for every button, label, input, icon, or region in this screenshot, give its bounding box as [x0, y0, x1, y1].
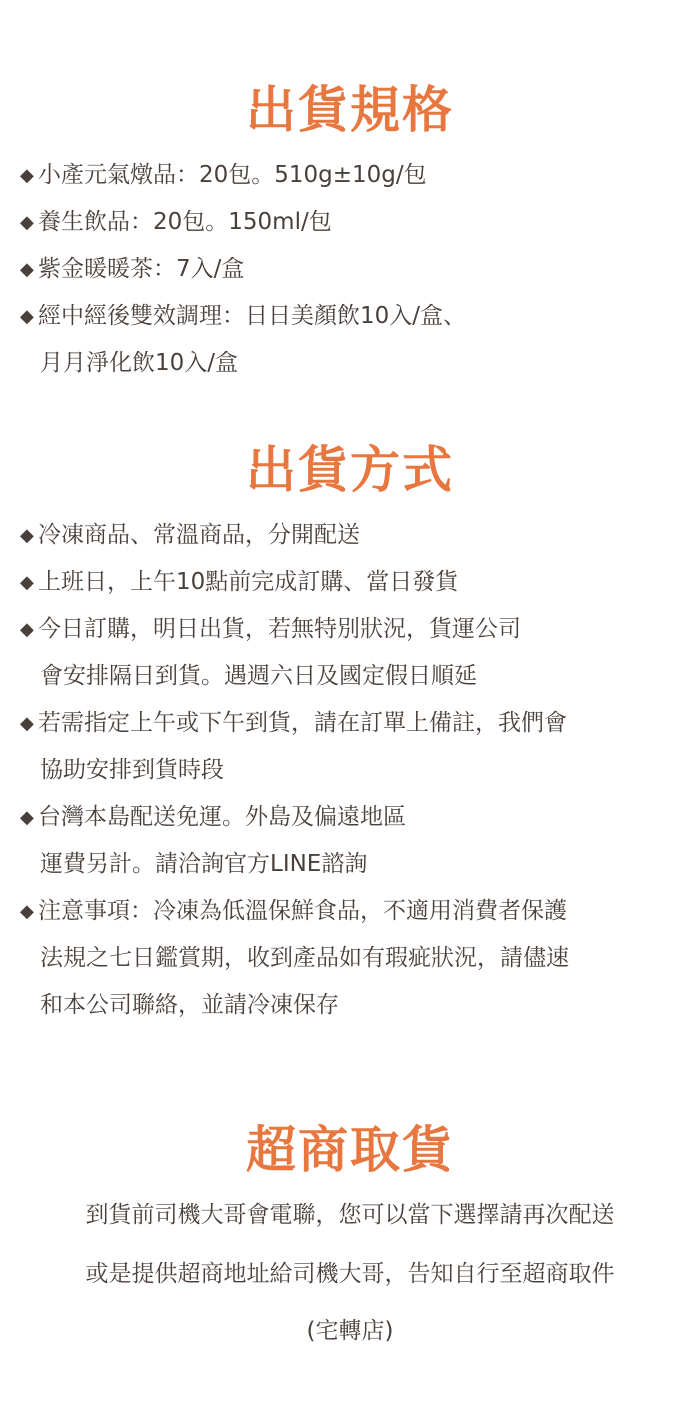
pickup-text-line: 到貨前司機大哥會電聯，您可以當下選擇請再次配送: [0, 1200, 700, 1230]
diamond-bullet-icon: ◆: [20, 161, 38, 191]
diamond-bullet-icon: ◆: [20, 897, 38, 927]
spec-item: ◆經中經後雙效調理：日日美顏飲10入/盒、: [20, 301, 466, 332]
shipping-item: ◆上班日，上午10點前完成訂購、當日發貨: [20, 567, 458, 598]
spec-item: ◆紫金暖暖茶：7入/盒: [20, 254, 244, 285]
diamond-bullet-icon: ◆: [20, 302, 38, 332]
diamond-bullet-icon: ◆: [20, 208, 38, 238]
diamond-bullet-icon: ◆: [20, 803, 38, 833]
section-title-spec: 出貨規格: [0, 80, 700, 140]
diamond-bullet-icon: ◆: [20, 709, 38, 739]
diamond-bullet-icon: ◆: [20, 615, 38, 645]
shipping-item: ◆若需指定上午或下午到貨，請在訂單上備註，我們會: [20, 708, 567, 739]
pickup-text-line: 或是提供超商地址給司機大哥，告知自行至超商取件: [0, 1259, 700, 1289]
shipping-item: ◆注意事項：冷凍為低溫保鮮食品，不適用消費者保護: [20, 896, 567, 927]
pickup-note: (宅轉店): [0, 1316, 700, 1346]
diamond-bullet-icon: ◆: [20, 568, 38, 598]
shipping-item: ◆台灣本島配送免運。外島及偏遠地區: [20, 802, 406, 833]
section-title-shipping: 出貨方式: [0, 440, 700, 500]
diamond-bullet-icon: ◆: [20, 521, 38, 551]
shipping-item-continuation: 和本公司聯絡，並請冷凍保存: [40, 990, 339, 1020]
section-title-pickup: 超商取貨: [0, 1120, 700, 1180]
spec-item-continuation: 月月淨化飲10入/盒: [40, 348, 238, 378]
shipping-item-continuation: 運費另計。請洽詢官方LINE諮詢: [40, 849, 367, 879]
shipping-item-continuation: 法規之七日鑑賞期，收到產品如有瑕疵狀況，請儘速: [40, 943, 569, 973]
shipping-item-continuation: 會安排隔日到貨。遇週六日及國定假日順延: [40, 661, 477, 691]
spec-item: ◆養生飲品：20包。150ml/包: [20, 207, 332, 238]
diamond-bullet-icon: ◆: [20, 255, 38, 285]
spec-item: ◆小產元氣燉品：20包。510g±10g/包: [20, 160, 427, 191]
shipping-item-continuation: 協助安排到貨時段: [40, 755, 224, 785]
shipping-item: ◆今日訂購，明日出貨，若無特別狀況，貨運公司: [20, 614, 521, 645]
shipping-item: ◆冷凍商品、常溫商品，分開配送: [20, 520, 360, 551]
